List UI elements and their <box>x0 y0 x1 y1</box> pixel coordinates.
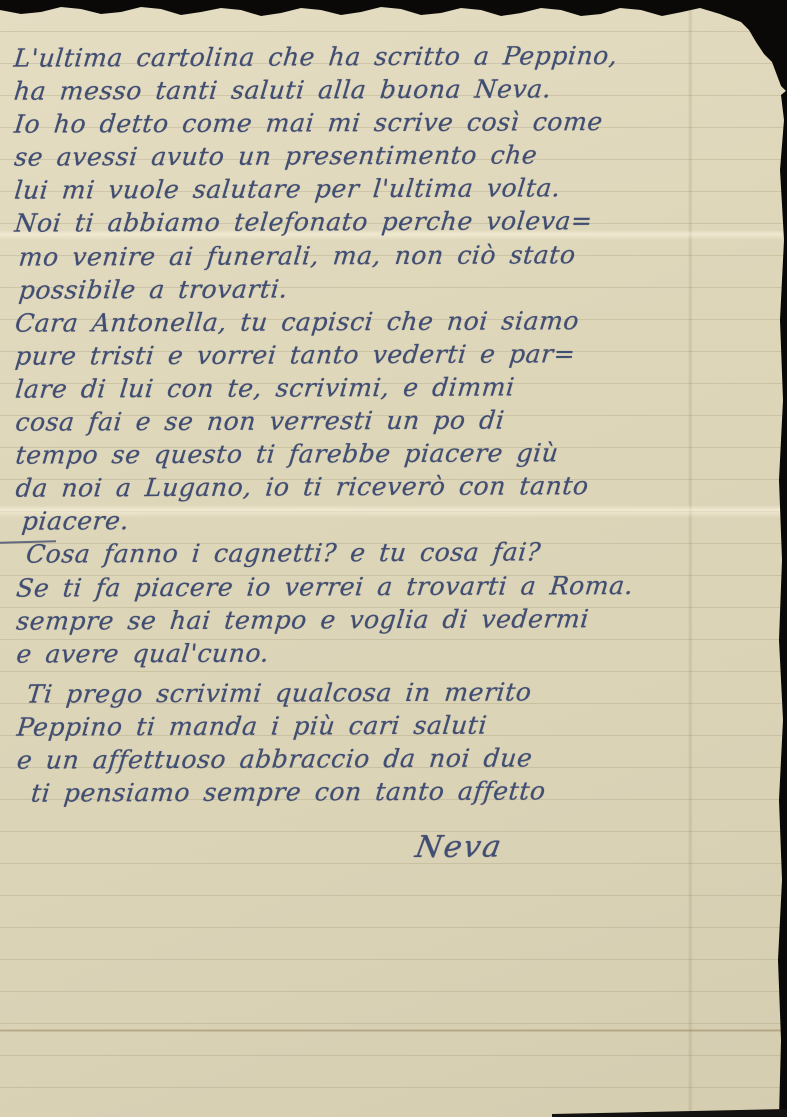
letter-line: sempre se hai tempo e voglia di vedermi <box>15 601 787 637</box>
letter-line: Peppino ti manda i più cari saluti <box>15 707 787 743</box>
scanned-letter-page: { "document": { "type": "handwritten-let… <box>0 0 787 1117</box>
letter-line: lui mi vuole salutare per l'ultima volta… <box>13 171 786 207</box>
letter-line: mo venire ai funerali, ma, non ciò stato <box>13 237 786 273</box>
letter-line: Cosa fanno i cagnetti? e tu cosa fai? <box>15 535 787 571</box>
letter-line: ha messo tanti saluti alla buona Neva. <box>12 71 785 107</box>
letter-line: Cara Antonella, tu capisci che noi siamo <box>14 303 787 339</box>
letter-line: e avere qual'cuno. <box>15 634 787 670</box>
letter-line: Ti prego scrivimi qualcosa in merito <box>15 674 787 710</box>
signature: Neva <box>13 828 787 866</box>
letter-line: possibile a trovarti. <box>13 270 786 306</box>
letter-line: lare di lui con te, scrivimi, e dimmi <box>14 369 787 405</box>
letter-line: piacere. <box>14 502 787 538</box>
letter-line: da noi a Lugano, io ti riceverò con tant… <box>14 469 787 505</box>
letter-body: L'ultima cartolina che ha scritto a Pepp… <box>12 38 786 867</box>
letter-line: se avessi avuto un presentimento che <box>13 138 786 174</box>
letter-line: cosa fai e se non verresti un po di <box>14 402 787 438</box>
letter-line: tempo se questo ti farebbe piacere giù <box>14 435 787 471</box>
letter-line: Io ho detto come mai mi scrive così come <box>13 104 786 140</box>
letter-line: L'ultima cartolina che ha scritto a Pepp… <box>12 38 785 74</box>
letter-line: e un affettuoso abbraccio da noi due <box>15 740 787 776</box>
letter-line: Se ti fa piacere io verrei a trovarti a … <box>15 568 787 604</box>
letter-line: ti pensiamo sempre con tanto affetto <box>16 773 787 809</box>
letter-line: Noi ti abbiamo telefonato perche voleva= <box>13 204 786 240</box>
letter-line: pure tristi e vorrei tanto vederti e par… <box>14 336 787 372</box>
